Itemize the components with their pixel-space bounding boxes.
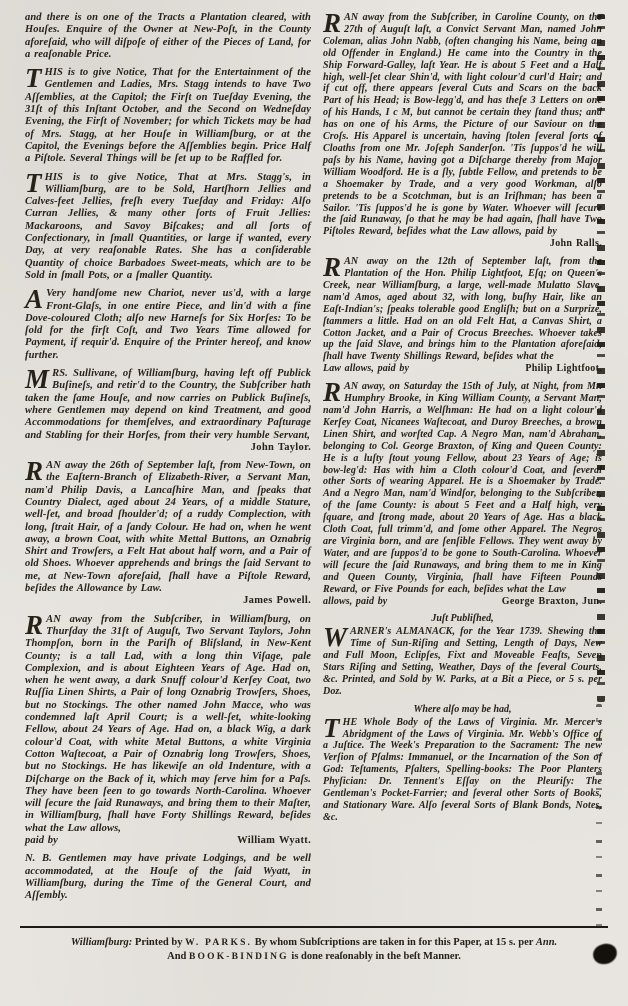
newspaper-page: and there is on one of the Tracts a Plan…	[0, 0, 628, 1006]
ad-text: MRS. Sullivane, of Williamſburg, having …	[25, 368, 311, 442]
stagg-assemblies-notice: THIS is to give Notice, That for the Ent…	[25, 67, 311, 165]
drop-cap-letter: R	[323, 12, 344, 34]
ad-text: THIS is to give Notice, That at Mrs. Sta…	[25, 172, 311, 283]
drop-cap-letter: W	[323, 626, 350, 648]
imprint-and: And	[167, 951, 186, 962]
imprint-subscriptions: By whom Subſcriptions are taken in for t…	[255, 937, 533, 948]
drop-cap-letter: T	[25, 67, 45, 89]
imprint-footer: Williamſburg: Printed by W. PARKS. By wh…	[20, 926, 608, 964]
ad-text: RAN away, on Saturday the 15th of July, …	[323, 381, 602, 595]
signature-name: John Taylor.	[251, 442, 311, 454]
sullivane-lodging-notice: MRS. Sullivane, of Williamſburg, having …	[25, 368, 311, 454]
drop-cap-letter: A	[25, 288, 46, 310]
ad-text: and there is on one of the Tracts a Plan…	[25, 12, 311, 61]
ad-text: THIS is to give Notice, That for the Ent…	[25, 67, 311, 165]
imprint-printer-name: W. PARKS.	[185, 938, 252, 948]
signature-line: Law allows, paid byPhilip Lightfoot.	[323, 363, 602, 375]
ad-text: N. B. Gentlemen may have private Lodging…	[25, 853, 311, 902]
runaway-john-coleman: RAN away from the Subſcriber, in Carolin…	[323, 12, 602, 250]
where-also-heading: Where alſo may be had,	[323, 704, 602, 716]
imprint-printed-by: Printed by	[135, 937, 183, 948]
signature-lead-text: allows, paid by	[323, 596, 387, 608]
ad-text: RAN away on the 12th of September laſt, …	[323, 256, 602, 363]
signature-name: George Braxton, Jun.	[502, 596, 602, 608]
ad-text: AVery handſome new Chariot, never us'd, …	[25, 288, 311, 362]
imprint-place: Williamſburg:	[71, 937, 132, 948]
drop-cap-letter: R	[25, 614, 46, 636]
just-published-heading: Juſt Publiſhed,	[323, 613, 602, 625]
signature-line: paid byWilliam Wyatt.	[25, 835, 311, 847]
footer-rule	[20, 926, 608, 928]
drop-cap-letter: R	[323, 256, 344, 278]
drop-cap-letter: T	[25, 172, 45, 194]
imprint-bookbinding: BOOK-BINDING	[189, 952, 289, 962]
scan-edge-specks	[596, 704, 602, 929]
runaway-two-taylors: RAN away from the Subſcriber, in William…	[25, 614, 311, 848]
imprint-line-1: Williamſburg: Printed by W. PARKS. By wh…	[20, 936, 608, 950]
runaway-philip-davis: RAN away the 26th of September laſt, fro…	[25, 460, 311, 608]
signature-name: Philip Lightfoot.	[525, 363, 602, 375]
imprint-line-2: And BOOK-BINDING is done reaſonably in t…	[20, 950, 608, 964]
runaway-amos-lightfoot: RAN away on the 12th of September laſt, …	[323, 256, 602, 375]
signature-name: John Ralls.	[550, 238, 602, 250]
runaway-brooke-braxton: RAN away, on Saturday the 15th of July, …	[323, 381, 602, 607]
books-for-sale-ad: THE Whole Body of the Laws of Virginia. …	[323, 717, 602, 824]
signature-line: John Ralls.	[323, 238, 602, 250]
ad-text: RAN away the 26th of September laſt, fro…	[25, 460, 311, 595]
drop-cap-letter: R	[323, 381, 344, 403]
imprint-ann: Ann.	[536, 937, 557, 948]
warners-almanack-ad: WARNER's ALMANACK, for the Year 1739. Sh…	[323, 626, 602, 697]
drop-cap-letter: T	[323, 717, 343, 739]
ad-text: WARNER's ALMANACK, for the Year 1739. Sh…	[323, 626, 602, 697]
signature-lead-text: paid by	[25, 835, 58, 847]
drop-cap-letter: M	[25, 368, 52, 390]
signature-line: allows, paid byGeorge Braxton, Jun.	[323, 596, 602, 608]
stagg-jellies-notice: THIS is to give Notice, That at Mrs. Sta…	[25, 172, 311, 283]
ad-text: THE Whole Body of the Laws of Virginia. …	[323, 717, 602, 824]
signature-line: John Taylor.	[25, 442, 311, 454]
right-column: RAN away from the Subſcriber, in Carolin…	[323, 12, 602, 908]
ad-text: RAN away from the Subſcriber, in William…	[25, 614, 311, 835]
imprint-manner: is done reaſonably in the beſt Manner.	[291, 951, 460, 962]
signature-lead-text: Law allows, paid by	[323, 363, 409, 375]
wyatt-lodgings-nb: N. B. Gentlemen may have private Lodging…	[25, 853, 311, 902]
chariot-for-sale: AVery handſome new Chariot, never us'd, …	[25, 288, 311, 362]
signature-name: James Powell.	[243, 595, 311, 607]
column-area: and there is on one of the Tracts a Plan…	[25, 12, 606, 908]
drop-cap-letter: R	[25, 460, 46, 482]
left-column: and there is on one of the Tracts a Plan…	[25, 12, 311, 908]
signature-name: William Wyatt.	[237, 835, 311, 847]
scan-edge-text-fragments	[597, 14, 605, 702]
signature-line: James Powell.	[25, 595, 311, 607]
ad-text: RAN away from the Subſcriber, in Carolin…	[323, 12, 602, 238]
land-sale-continuation: and there is on one of the Tracts a Plan…	[25, 12, 311, 61]
